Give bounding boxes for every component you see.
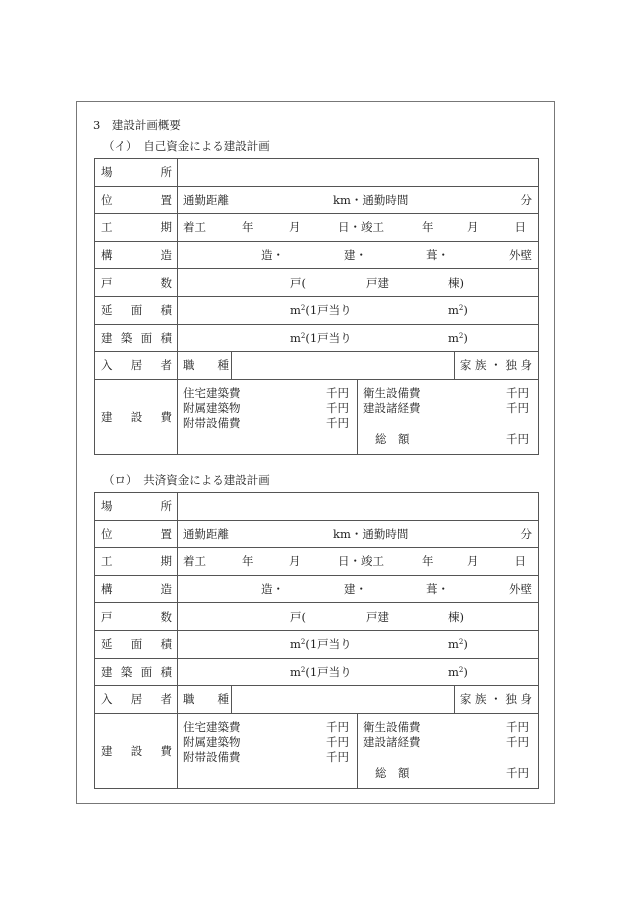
floor-area-field[interactable]: m2(1戸当り m2) bbox=[178, 631, 538, 658]
construction-cost-field[interactable]: 住宅建築費 千円 附属建築物 千円 附帯設備費 千円 衛生設備費 千円 建設諸経… bbox=[178, 714, 538, 788]
minutes-unit: 分 bbox=[521, 526, 533, 542]
per-unit-area-unit: m2) bbox=[448, 303, 468, 317]
plan-table-mutual-aid: 場所 位置 通勤距離 km・通勤時間 分 工期 着工 年 月 日・竣工 年 月 … bbox=[94, 492, 539, 789]
label-char: 所 bbox=[161, 498, 173, 514]
units-unit: 戸( bbox=[290, 275, 306, 291]
family-single-option[interactable]: 家 族 ・ 独 身 bbox=[460, 357, 532, 373]
floors-unit: 建・ bbox=[344, 247, 367, 263]
year-unit: 年 bbox=[422, 553, 434, 569]
thousand-yen-unit: 千円 bbox=[326, 386, 349, 401]
annex-building-label: 附属建築物 bbox=[183, 401, 241, 416]
year-unit: 年 bbox=[242, 553, 254, 569]
period-field[interactable]: 着工 年 月 日・竣工 年 月 日 bbox=[178, 548, 538, 575]
structure-field[interactable]: 造・ 建・ 葺・ 外壁 bbox=[178, 242, 538, 269]
units-field[interactable]: 戸( 戸建 棟) bbox=[178, 269, 538, 296]
label-char: 建 bbox=[101, 664, 113, 680]
label-char: 積 bbox=[161, 636, 173, 652]
row-floor-area: 延面積 m2(1戸当り m2) bbox=[95, 631, 538, 659]
thousand-yen-unit: 千円 bbox=[506, 735, 529, 750]
label-char: 所 bbox=[161, 164, 173, 180]
divider bbox=[454, 352, 455, 379]
label-char: 延 bbox=[101, 636, 113, 652]
row-building-area: 建築面積 m2(1戸当り m2) bbox=[95, 325, 538, 353]
plan-subtitle-self-funded: （イ） 自己資金による建設計画 bbox=[103, 138, 270, 154]
ancillary-equipment-label: 附帯設備費 bbox=[183, 416, 241, 431]
thousand-yen-unit: 千円 bbox=[326, 735, 349, 750]
per-unit-area-unit: m2) bbox=[448, 331, 468, 345]
thousand-yen-unit: 千円 bbox=[326, 401, 349, 416]
floor-area-unit: m2(1戸当り bbox=[290, 636, 352, 652]
annex-building-label: 附属建築物 bbox=[183, 735, 241, 750]
start-label: 着工 bbox=[183, 553, 206, 569]
row-residents: 入居者 職 種 家 族 ・ 独 身 bbox=[95, 352, 538, 380]
day-unit: 日 bbox=[515, 553, 527, 569]
label-char: 戸 bbox=[101, 275, 113, 291]
label-char: 数 bbox=[161, 609, 173, 625]
label-char: 者 bbox=[161, 691, 173, 707]
month-unit: 月 bbox=[289, 553, 301, 569]
label-char: 入 bbox=[101, 691, 113, 707]
job-type-field[interactable] bbox=[232, 352, 454, 379]
label-char: 工 bbox=[101, 553, 113, 569]
label-char: 延 bbox=[101, 302, 113, 318]
label-char: 位 bbox=[101, 526, 113, 542]
thousand-yen-unit: 千円 bbox=[326, 416, 349, 431]
label-char: 数 bbox=[161, 275, 173, 291]
misc-expenses-label: 建設諸経費 bbox=[363, 401, 421, 416]
label-char: 居 bbox=[131, 691, 143, 707]
row-construction-cost: 建設費 住宅建築費 千円 附属建築物 千円 附帯設備費 千円 衛生設備費 千円 … bbox=[95, 714, 538, 788]
section-title: 3 建設計画概要 bbox=[93, 117, 181, 133]
label-char: 場 bbox=[101, 498, 113, 514]
residents-field: 職 種 家 族 ・ 独 身 bbox=[178, 352, 538, 379]
total-label: 総 額 bbox=[375, 766, 410, 781]
label-char: 建 bbox=[101, 743, 113, 759]
year-unit: 年 bbox=[242, 219, 254, 235]
km-commute-time-label: km・通勤時間 bbox=[333, 192, 408, 208]
floor-area-field[interactable]: m2(1戸当り m2) bbox=[178, 297, 538, 324]
building-area-field[interactable]: m2(1戸当り m2) bbox=[178, 659, 538, 686]
units-field[interactable]: 戸( 戸建 棟) bbox=[178, 603, 538, 630]
divider bbox=[454, 686, 455, 713]
total-label: 総 額 bbox=[375, 432, 410, 447]
label-char: 場 bbox=[101, 164, 113, 180]
label-char: 造 bbox=[161, 581, 173, 597]
exterior-wall-unit: 外壁 bbox=[509, 247, 532, 263]
label-char: 築 bbox=[121, 664, 133, 680]
label-char: 設 bbox=[131, 743, 143, 759]
label-char: 入 bbox=[101, 357, 113, 373]
day-completion-label: 日・竣工 bbox=[338, 553, 384, 569]
building-area-field[interactable]: m2(1戸当り m2) bbox=[178, 325, 538, 352]
label-char: 積 bbox=[161, 302, 173, 318]
row-construction-cost: 建設費 住宅建築費 千円 附属建築物 千円 附帯設備費 千円 衛生設備費 千円 … bbox=[95, 380, 538, 454]
buildings-unit: 棟) bbox=[448, 609, 464, 625]
start-label: 着工 bbox=[183, 219, 206, 235]
sanitary-equipment-label: 衛生設備費 bbox=[363, 386, 421, 401]
roofing-unit: 葺・ bbox=[426, 247, 449, 263]
label-char: 置 bbox=[161, 526, 173, 542]
label-char: 造 bbox=[161, 247, 173, 263]
month-unit: 月 bbox=[289, 219, 301, 235]
label-char: 位 bbox=[101, 192, 113, 208]
label-char: 建 bbox=[101, 409, 113, 425]
thousand-yen-unit: 千円 bbox=[506, 432, 529, 447]
label-char: 面 bbox=[141, 664, 153, 680]
label-char: 費 bbox=[161, 743, 173, 759]
label-char: 者 bbox=[161, 357, 173, 373]
label-char: 面 bbox=[131, 636, 143, 652]
year-unit: 年 bbox=[422, 219, 434, 235]
building-area-unit: m2(1戸当り bbox=[290, 330, 352, 346]
label-char: 構 bbox=[101, 247, 113, 263]
buildings-unit: 棟) bbox=[448, 275, 464, 291]
period-field[interactable]: 着工 年 月 日・竣工 年 月 日 bbox=[178, 214, 538, 241]
label-char: 建 bbox=[101, 330, 113, 346]
label-char: 構 bbox=[101, 581, 113, 597]
detached-unit: 戸建 bbox=[366, 609, 389, 625]
residents-field: 職 種 家 族 ・ 独 身 bbox=[178, 686, 538, 713]
thousand-yen-unit: 千円 bbox=[506, 401, 529, 416]
thousand-yen-unit: 千円 bbox=[506, 766, 529, 781]
job-type-field[interactable] bbox=[232, 686, 454, 713]
label-char: 積 bbox=[160, 330, 172, 346]
label-char: 居 bbox=[131, 357, 143, 373]
sanitary-equipment-label: 衛生設備費 bbox=[363, 720, 421, 735]
row-location: 場所 bbox=[95, 493, 538, 521]
row-period: 工期 着工 年 月 日・竣工 年 月 日 bbox=[95, 548, 538, 576]
roofing-unit: 葺・ bbox=[426, 581, 449, 597]
job-type-label: 職 種 bbox=[183, 357, 229, 373]
row-period: 工期 着工 年 月 日・竣工 年 月 日 bbox=[95, 214, 538, 242]
detached-unit: 戸建 bbox=[366, 275, 389, 291]
housing-cost-label: 住宅建築費 bbox=[183, 720, 241, 735]
row-units: 戸数 戸( 戸建 棟) bbox=[95, 269, 538, 297]
row-building-area: 建築面積 m2(1戸当り m2) bbox=[95, 659, 538, 687]
floors-unit: 建・ bbox=[344, 581, 367, 597]
month-unit: 月 bbox=[467, 553, 479, 569]
ancillary-equipment-label: 附帯設備費 bbox=[183, 750, 241, 765]
building-area-unit: m2(1戸当り bbox=[290, 664, 352, 680]
row-residents: 入居者 職 種 家 族 ・ 独 身 bbox=[95, 686, 538, 714]
housing-cost-label: 住宅建築費 bbox=[183, 386, 241, 401]
label-char: 工 bbox=[101, 219, 113, 235]
label-char: 戸 bbox=[101, 609, 113, 625]
label-char: 面 bbox=[131, 302, 143, 318]
day-unit: 日 bbox=[515, 219, 527, 235]
row-units: 戸数 戸( 戸建 棟) bbox=[95, 603, 538, 631]
day-completion-label: 日・竣工 bbox=[338, 219, 384, 235]
km-commute-time-label: km・通勤時間 bbox=[333, 526, 408, 542]
label-char: 面 bbox=[141, 330, 153, 346]
thousand-yen-unit: 千円 bbox=[506, 720, 529, 735]
construction-type-unit: 造・ bbox=[261, 581, 284, 597]
construction-type-unit: 造・ bbox=[261, 247, 284, 263]
construction-cost-field[interactable]: 住宅建築費 千円 附属建築物 千円 附帯設備費 千円 衛生設備費 千円 建設諸経… bbox=[178, 380, 538, 454]
structure-field[interactable]: 造・ 建・ 葺・ 外壁 bbox=[178, 576, 538, 603]
minutes-unit: 分 bbox=[521, 192, 533, 208]
row-structure: 構造 造・ 建・ 葺・ 外壁 bbox=[95, 576, 538, 604]
thousand-yen-unit: 千円 bbox=[506, 386, 529, 401]
label-char: 費 bbox=[161, 409, 173, 425]
row-position: 位置 通勤距離 km・通勤時間 分 bbox=[95, 521, 538, 549]
misc-expenses-label: 建設諸経費 bbox=[363, 735, 421, 750]
family-single-option[interactable]: 家 族 ・ 独 身 bbox=[460, 691, 532, 707]
row-location: 場所 bbox=[95, 159, 538, 187]
thousand-yen-unit: 千円 bbox=[326, 750, 349, 765]
per-unit-area-unit: m2) bbox=[448, 637, 468, 651]
location-field[interactable] bbox=[178, 159, 538, 186]
divider bbox=[357, 380, 358, 454]
job-type-label: 職 種 bbox=[183, 691, 229, 707]
floor-area-unit: m2(1戸当り bbox=[290, 302, 352, 318]
units-unit: 戸( bbox=[290, 609, 306, 625]
commute-distance-label: 通勤距離 bbox=[183, 192, 229, 208]
exterior-wall-unit: 外壁 bbox=[509, 581, 532, 597]
row-floor-area: 延面積 m2(1戸当り m2) bbox=[95, 297, 538, 325]
position-field[interactable]: 通勤距離 km・通勤時間 分 bbox=[178, 187, 538, 214]
label-char: 期 bbox=[161, 219, 173, 235]
divider bbox=[357, 714, 358, 788]
plan-table-self-funded: 場所 位置 通勤距離 km・通勤時間 分 工期 着工 年 月 日・竣工 年 月 … bbox=[94, 158, 539, 455]
label-char: 設 bbox=[131, 409, 143, 425]
row-structure: 構造 造・ 建・ 葺・ 外壁 bbox=[95, 242, 538, 270]
location-field[interactable] bbox=[178, 493, 538, 520]
month-unit: 月 bbox=[467, 219, 479, 235]
row-position: 位置 通勤距離 km・通勤時間 分 bbox=[95, 187, 538, 215]
label-char: 築 bbox=[121, 330, 133, 346]
commute-distance-label: 通勤距離 bbox=[183, 526, 229, 542]
label-char: 積 bbox=[160, 664, 172, 680]
thousand-yen-unit: 千円 bbox=[326, 720, 349, 735]
label-char: 期 bbox=[161, 553, 173, 569]
position-field[interactable]: 通勤距離 km・通勤時間 分 bbox=[178, 521, 538, 548]
plan-subtitle-mutual-aid: （ロ） 共済資金による建設計画 bbox=[103, 472, 270, 488]
per-unit-area-unit: m2) bbox=[448, 665, 468, 679]
label-char: 置 bbox=[161, 192, 173, 208]
